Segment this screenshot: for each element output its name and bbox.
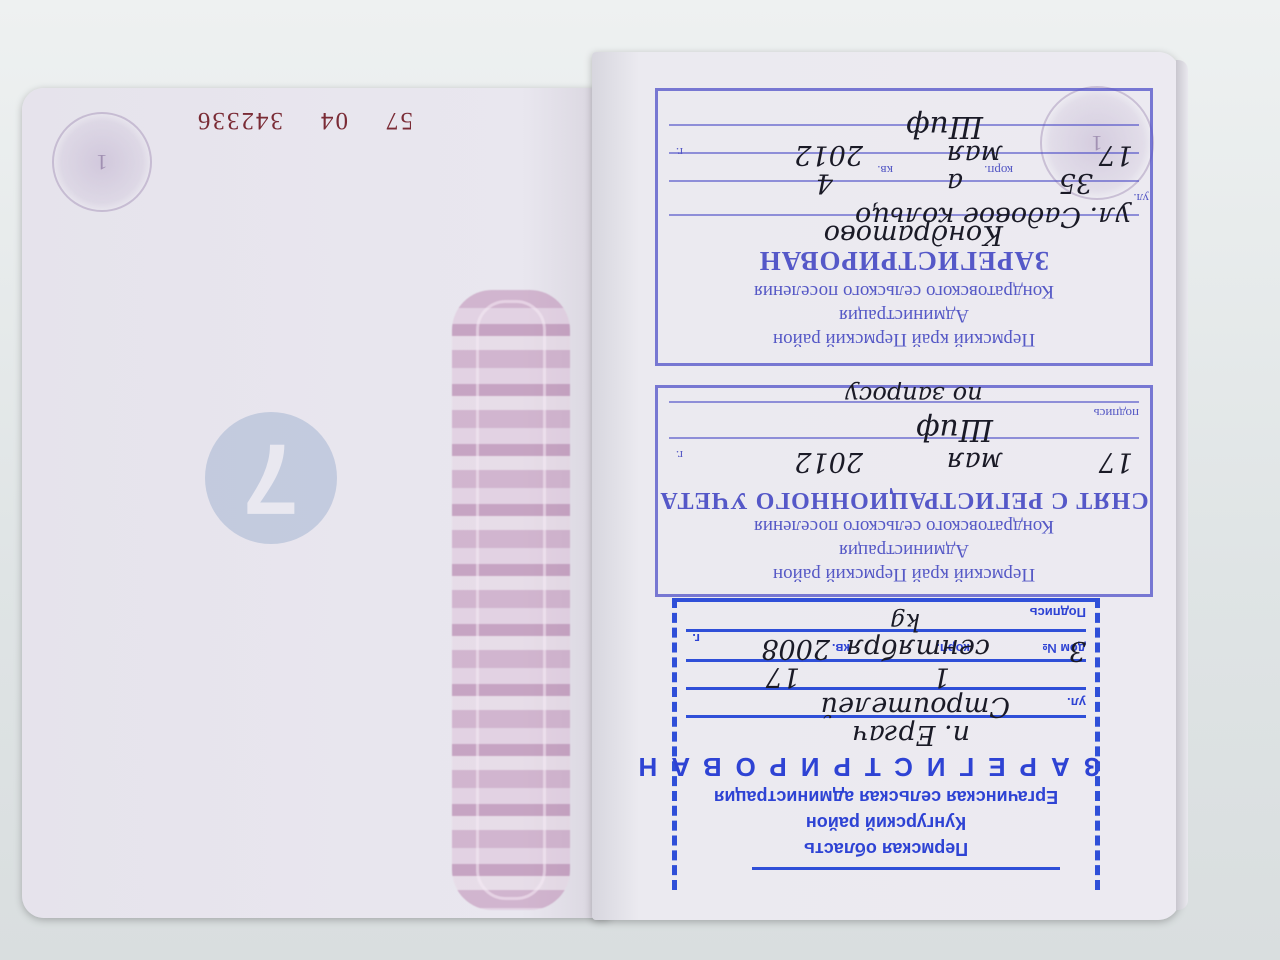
stamp-registered-ergach: Пермская область Кунгурский район Ергачи… — [672, 598, 1100, 890]
series2: 04 — [319, 107, 348, 134]
number: 342336 — [196, 107, 283, 134]
rosette-emblem-left: 1 — [52, 112, 152, 212]
page-edge — [1176, 60, 1188, 910]
stamp-deregistered: Пермский край Пермский район Администрац… — [655, 385, 1153, 597]
page-number-watermark: 7 — [205, 412, 337, 544]
ornamental-band — [452, 290, 570, 910]
series: 57 — [384, 107, 413, 134]
passport-serial-number: 5704342336 — [178, 106, 431, 134]
handwritten-note: по запросу — [845, 381, 983, 409]
stamp-registered-kondratovo: Пермский край Пермский район Администрац… — [655, 88, 1153, 366]
